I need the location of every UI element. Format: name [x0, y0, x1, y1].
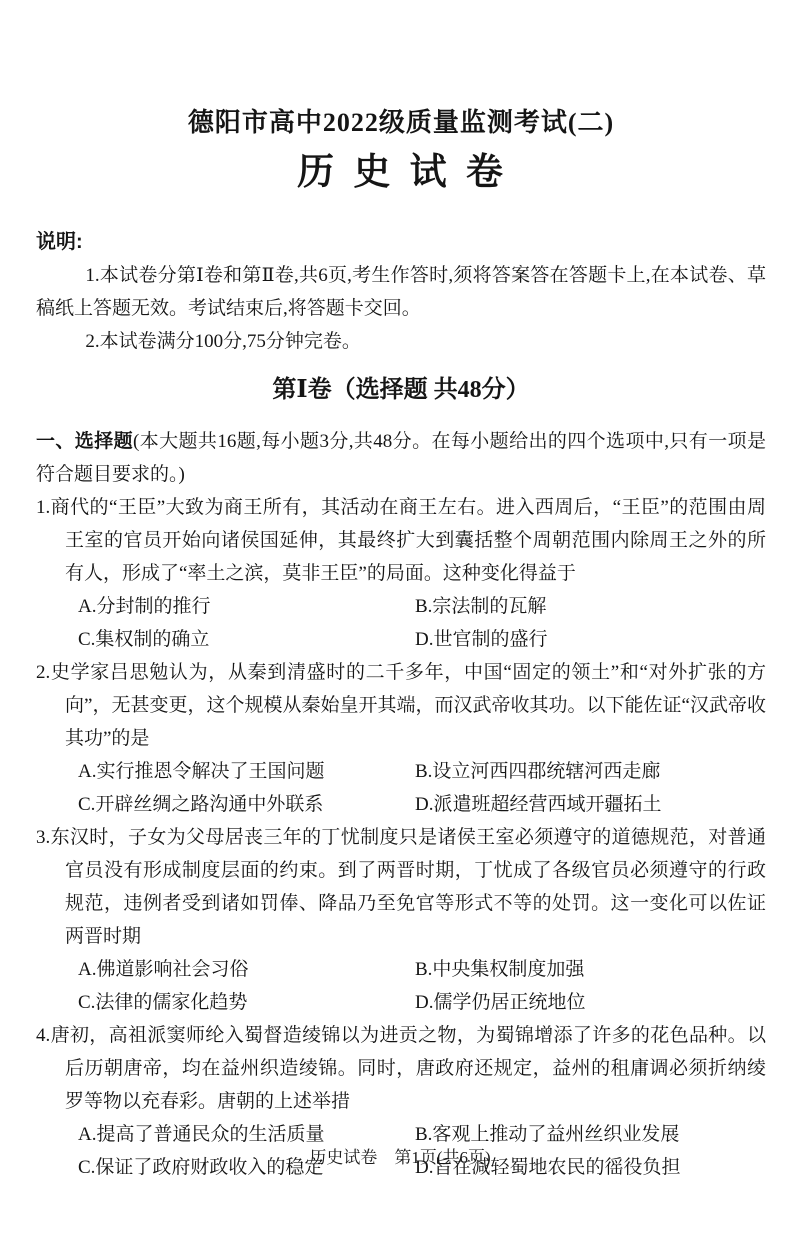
question-1-stem: 1.商代的“王臣”大致为商王所有，其活动在商王左右。进入西周后，“王臣”的范围由…	[36, 491, 766, 590]
question-1-options: A.分封制的推行 B.宗法制的瓦解 C.集权制的确立 D.世官制的盛行	[36, 590, 766, 656]
question-2-option-d: D.派遣班超经营西域开疆拓土	[415, 788, 766, 821]
exam-notes: 说明: 1.本试卷分第Ⅰ卷和第Ⅱ卷,共6页,考生作答时,须将答案答在答题卡上,在…	[36, 226, 766, 358]
question-4-number: 4.	[36, 1025, 50, 1046]
question-1-option-d: D.世官制的盛行	[415, 623, 766, 656]
question-3-option-c: C.法律的儒家化趋势	[78, 986, 415, 1019]
question-2-stem: 2.史学家吕思勉认为，从秦到清盛时的二千多年，中国“固定的领土”和“对外扩张的方…	[36, 656, 766, 755]
question-3-option-b: B.中央集权制度加强	[415, 953, 766, 986]
notes-label: 说明:	[36, 226, 766, 259]
intro-text: (本大题共16题,每小题3分,共48分。在每小题给出的四个选项中,只有一项是符合…	[36, 431, 766, 485]
intro-label: 一、选择题	[36, 431, 133, 452]
section1-title: 第Ⅰ卷（选择题 共48分）	[36, 372, 766, 408]
subject-title: 历 史 试 卷	[36, 148, 766, 198]
question-3-option-a: A.佛道影响社会习俗	[78, 953, 415, 986]
question-1-number: 1.	[36, 497, 50, 518]
question-2-number: 2.	[36, 662, 50, 683]
question-2-option-b: B.设立河西四郡统辖河西走廊	[415, 755, 766, 788]
note-item-2: 2.本试卷满分100分,75分钟完卷。	[36, 325, 766, 358]
question-3: 3.东汉时，子女为父母居丧三年的丁忧制度只是诸侯王室必须遵守的道德规范，对普通官…	[36, 821, 766, 1019]
page-footer: 历史试卷 第1页(共6页)	[0, 1146, 800, 1170]
exam-title: 德阳市高中2022级质量监测考试(二)	[36, 106, 766, 140]
question-4-stem: 4.唐初，高祖派窦师纶入蜀督造绫锦以为进贡之物，为蜀锦增添了许多的花色品种。以后…	[36, 1019, 766, 1118]
question-3-stem: 3.东汉时，子女为父母居丧三年的丁忧制度只是诸侯王室必须遵守的道德规范，对普通官…	[36, 821, 766, 953]
section1-intro: 一、选择题(本大题共16题,每小题3分,共48分。在每小题给出的四个选项中,只有…	[36, 425, 766, 491]
exam-paper-page: 德阳市高中2022级质量监测考试(二) 历 史 试 卷 说明: 1.本试卷分第Ⅰ…	[0, 0, 800, 1242]
question-1-option-c: C.集权制的确立	[78, 623, 415, 656]
question-3-option-d: D.儒学仍居正统地位	[415, 986, 766, 1019]
question-3-options: A.佛道影响社会习俗 B.中央集权制度加强 C.法律的儒家化趋势 D.儒学仍居正…	[36, 953, 766, 1019]
question-1-option-a: A.分封制的推行	[78, 590, 415, 623]
question-2: 2.史学家吕思勉认为，从秦到清盛时的二千多年，中国“固定的领土”和“对外扩张的方…	[36, 656, 766, 821]
note-item-1: 1.本试卷分第Ⅰ卷和第Ⅱ卷,共6页,考生作答时,须将答案答在答题卡上,在本试卷、…	[36, 259, 766, 325]
question-2-option-a: A.实行推恩令解决了王国问题	[78, 755, 415, 788]
question-3-number: 3.	[36, 827, 50, 848]
question-1: 1.商代的“王臣”大致为商王所有，其活动在商王左右。进入西周后，“王臣”的范围由…	[36, 491, 766, 656]
question-2-option-c: C.开辟丝绸之路沟通中外联系	[78, 788, 415, 821]
question-2-options: A.实行推恩令解决了王国问题 B.设立河西四郡统辖河西走廊 C.开辟丝绸之路沟通…	[36, 755, 766, 821]
question-1-option-b: B.宗法制的瓦解	[415, 590, 766, 623]
